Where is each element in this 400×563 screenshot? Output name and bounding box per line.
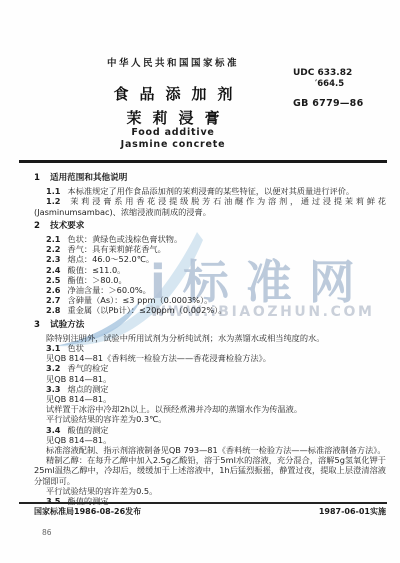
clause-text: 酸值的测定: [68, 425, 109, 435]
footer: 国家标准局1986-08-26发布 1987-06-01实施: [34, 506, 386, 517]
title-chinese-line2: 茉莉浸膏: [0, 107, 346, 128]
clause-number: 1: [34, 173, 40, 183]
clause-text: 熔点的测定: [68, 384, 109, 394]
clause-line: 2.5酯值：＞80.0。: [34, 275, 386, 285]
clause-line: 1.2茉莉浸膏系用香花浸提级脱芳石油醚作为溶剂，通过浸提茉莉鲜花(Jasminu…: [34, 196, 386, 216]
clause-line: 2.6净油含量：＞60.0%。: [34, 285, 386, 295]
clause-text: 茉莉浸膏系用香花浸提级脱芳石油醚作为溶剂，通过浸提茉莉鲜花(Jasminumsa…: [34, 196, 386, 216]
clause-text: 精制乙醇：在每升乙醇中加入2.5g乙酸铅，溶于5ml水的溶液，充分混合，溶解5g…: [34, 455, 386, 485]
clause-number: 3.3: [46, 384, 61, 394]
clause-number: 3.1: [46, 343, 61, 353]
clause-number: 2.8: [46, 305, 61, 315]
clause-text: 试验方法: [50, 320, 84, 330]
clause-number: 3.4: [46, 425, 61, 435]
clause-line: 标准溶液配制、指示剂溶液制备见QB 793—81《香料统一检验方法——标准溶液制…: [34, 445, 386, 455]
clause-line: 见QB 814—81《香料统一检验方法——香花浸膏检验方法》。: [34, 353, 386, 363]
clause-line: 见QB 814—81。: [34, 394, 386, 404]
clause-text: 适用范围和其他说明: [50, 173, 127, 183]
clause-text: 香气：具有茉莉鲜花香气。: [68, 244, 166, 254]
clause-line: 见QB 814—81。: [34, 374, 386, 384]
clause-text: 本标准规定了用作食品添加剂的茉莉浸膏的某些特征，以便对其质量进行评价。: [68, 186, 355, 196]
clause-text: 色状：黄绿色或浅棕色膏状物。: [68, 234, 183, 244]
clause-line: 精制乙醇：在每升乙醇中加入2.5g乙酸铅，溶于5ml水的溶液，充分混合，溶解5g…: [34, 455, 386, 486]
clause-number: 1.1: [46, 186, 61, 196]
section-heading: 2技术要求: [34, 221, 386, 231]
clause-text: 重金属（以Pb计）：≤20ppm（0.002%）。: [68, 305, 227, 315]
page-number: 86: [42, 528, 52, 537]
clause-line: 见QB 814—81。: [34, 435, 386, 445]
document-body: 1适用范围和其他说明1.1本标准规定了用作食品添加剂的茉莉浸膏的某些特征，以便对…: [34, 169, 386, 506]
clause-text: 色状: [68, 343, 84, 353]
clause-text: 熔点：46.0～52.0℃。: [68, 254, 155, 264]
clause-text: 技术要求: [50, 221, 84, 231]
section-heading: 3试验方法: [34, 320, 386, 330]
footer-divider-rule: [19, 502, 387, 504]
clause-number: 2.1: [46, 234, 61, 244]
clause-line: 2.8重金属（以Pb计）：≤20ppm（0.002%）。: [34, 305, 386, 315]
clause-line: 平行试验结果的容许差为0.5。: [34, 486, 386, 496]
clause-line: 2.4酸值：≤11.0。: [34, 265, 386, 275]
title-english-line2: Jasmine concrete: [0, 139, 346, 150]
clause-number: 2.2: [46, 244, 61, 254]
clause-line: 3.2香气的检定: [34, 363, 386, 373]
clause-number: 2.7: [46, 295, 61, 305]
clause-text: 净油含量：＞60.0%。: [68, 285, 151, 295]
clause-text: 见QB 814—81。: [46, 394, 111, 404]
clause-text: 除特别注明外，试验中所用试剂为分析纯试剂；水为蒸馏水或相当纯度的水。: [46, 333, 324, 343]
document-page: 中华人民共和国国家标准 UDC 633.82 ′664.5 GB 6779—86…: [0, 0, 400, 563]
clause-text: 见QB 814—81。: [46, 435, 111, 445]
clause-line: 2.3熔点：46.0～52.0℃。: [34, 254, 386, 264]
clause-line: 1.1本标准规定了用作食品添加剂的茉莉浸膏的某些特征，以便对其质量进行评价。: [34, 186, 386, 196]
clause-line: 2.2香气：具有茉莉鲜花香气。: [34, 244, 386, 254]
clause-line: 平行试验结果的容许差为0.3℃。: [34, 414, 386, 424]
clause-line: 3.4酸值的测定: [34, 425, 386, 435]
udc-number-line1: UDC 633.82: [293, 68, 388, 78]
clause-number: 2: [34, 221, 40, 231]
clause-text: 试样置于冰浴中冷却2h以上。以预经煮沸并冷却的蒸馏水作为传温液。: [46, 404, 302, 414]
clause-text: 酸值：≤11.0。: [68, 265, 126, 275]
clause-line: 除特别注明外，试验中所用试剂为分析纯试剂；水为蒸馏水或相当纯度的水。: [34, 333, 386, 343]
issued-by-text: 国家标准局1986-08-26发布: [34, 506, 141, 517]
effective-date-text: 1987-06-01实施: [319, 506, 386, 517]
clause-line: 3.3熔点的测定: [34, 384, 386, 394]
clause-number: 2.3: [46, 254, 61, 264]
clause-text: 酯值：＞80.0。: [68, 275, 127, 285]
clause-text: 香气的检定: [68, 363, 109, 373]
clause-line: 2.7含砷量（As）：≤3 ppm（0.0003%）。: [34, 295, 386, 305]
clause-text: 平行试验结果的容许差为0.3℃。: [46, 414, 166, 424]
clause-number: 2.4: [46, 265, 61, 275]
clause-line: 试样置于冰浴中冷却2h以上。以预经煮沸并冷却的蒸馏水作为传温液。: [34, 404, 386, 414]
clause-number: 3: [34, 320, 40, 330]
national-standard-label: 中华人民共和国国家标准: [0, 55, 346, 69]
header-divider-rule: [19, 160, 387, 163]
clause-text: 见QB 814—81《香料统一检验方法——香花浸膏检验方法》。: [46, 353, 271, 363]
title-english-line1: Food additive: [0, 127, 346, 138]
clause-text: 标准溶液配制、指示剂溶液制备见QB 793—81《香料统一检验方法——标准溶液制…: [46, 445, 386, 455]
clause-number: 2.6: [46, 285, 61, 295]
clause-number: 2.5: [46, 275, 61, 285]
clause-text: 见QB 814—81。: [46, 374, 111, 384]
clause-number: 3.2: [46, 363, 61, 373]
section-heading: 1适用范围和其他说明: [34, 173, 386, 183]
title-chinese-line1: 食品添加剂: [0, 83, 346, 104]
clause-number: 1.2: [46, 196, 61, 206]
clause-text: 平行试验结果的容许差为0.5。: [46, 486, 157, 496]
clause-line: 3.1色状: [34, 343, 386, 353]
clause-text: 含砷量（As）：≤3 ppm（0.0003%）。: [68, 295, 213, 305]
clause-line: 2.1色状：黄绿色或浅棕色膏状物。: [34, 234, 386, 244]
